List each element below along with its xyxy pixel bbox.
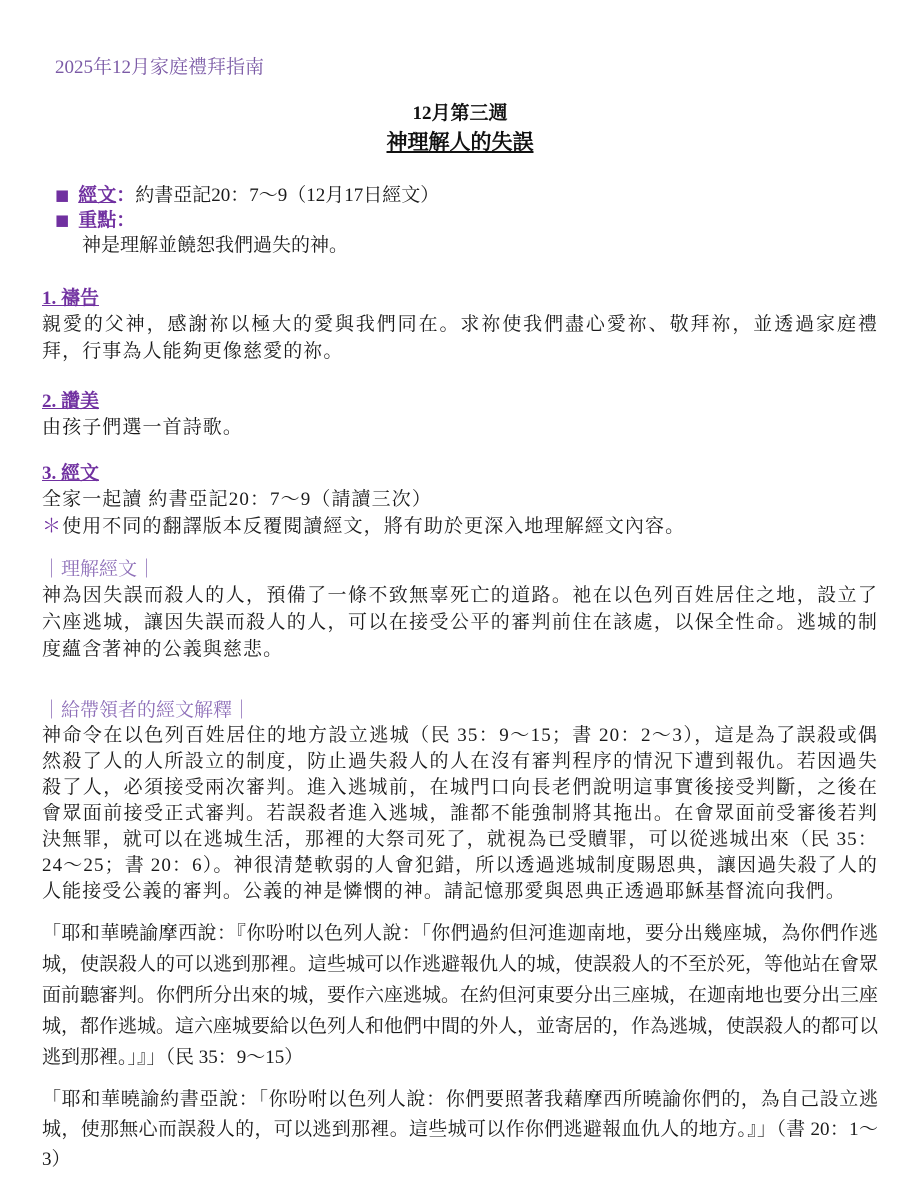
section-prayer: 1. 禱告 親愛的父神，感謝祢以極大的愛與我們同在。求祢使我們盡心愛祢、敬拜祢，…	[42, 287, 878, 365]
scripture-quote-numbers: 「耶和華曉諭摩西說：『你吩咐以色列人說：「你們過約但河進迦南地，要分出幾座城，為…	[42, 918, 878, 1073]
section-prayer-heading: 1. 禱告	[42, 287, 99, 311]
main-title: 神理解人的失誤	[387, 129, 534, 156]
section-reading-line2: ＊使用不同的翻譯版本反覆閱讀經文，將有助於更深入地理解經文內容。	[42, 513, 878, 540]
document-page: 2025年12月家庭禮拜指南 12月第三週 神理解人的失誤 ■經文：約書亞記20…	[0, 0, 920, 1201]
section-praise-heading: 2. 讚美	[42, 390, 99, 414]
section-understanding-body: 神為因失誤而殺人的人，預備了一條不致無辜死亡的道路。祂在以色列百姓居住之地，設立…	[42, 582, 878, 663]
section-prayer-body: 親愛的父神，感謝祢以極大的愛與我們同在。求祢使我們盡心愛祢、敬拜祢，並透過家庭禮…	[42, 311, 878, 365]
document-header-title: 2025年12月家庭禮拜指南	[55, 56, 878, 80]
point-line: ■重點：	[55, 208, 878, 233]
bullet-square-icon: ■	[55, 183, 69, 208]
section-leader-notes-body: 神命令在以色列百姓居住的地方設立逃城（民 35：9～15；書 20：2～3），這…	[42, 723, 878, 905]
week-title: 12月第三週	[42, 102, 878, 126]
section-praise-body: 由孩子們選一首詩歌。	[42, 414, 878, 441]
point-colon: ：	[116, 210, 135, 231]
section-reading-heading: 3. 經文	[42, 462, 99, 486]
scripture-quote-joshua: 「耶和華曉諭約書亞說：「你吩咐以色列人說：你們要照著我藉摩西所曉諭你們的，為自己…	[42, 1085, 878, 1175]
section-understanding-heading: ｜理解經文｜	[42, 558, 156, 582]
scripture-colon: ：	[116, 185, 135, 206]
scripture-line: ■經文：約書亞記20：7～9（12月17日經文）	[55, 183, 878, 208]
section-leader-notes-heading: ｜給帶領者的經文解釋｜	[42, 699, 251, 723]
bullet-square-icon: ■	[55, 208, 69, 233]
section-reading-note: 使用不同的翻譯版本反覆閱讀經文，將有助於更深入地理解經文內容。	[62, 516, 685, 537]
scripture-label: 經文	[78, 185, 116, 206]
section-reading: 3. 經文 全家一起讀 約書亞記20：7～9（請讀三次） ＊使用不同的翻譯版本反…	[42, 462, 878, 540]
point-label: 重點	[78, 210, 116, 231]
asterisk-icon: ＊	[42, 516, 62, 537]
section-reading-line1: 全家一起讀 約書亞記20：7～9（請讀三次）	[42, 486, 878, 513]
section-understanding: ｜理解經文｜ 神為因失誤而殺人的人，預備了一條不致無辜死亡的道路。祂在以色列百姓…	[42, 558, 878, 663]
point-value: 神是理解並饒恕我們過失的神。	[82, 233, 878, 258]
title-block: 12月第三週 神理解人的失誤	[42, 102, 878, 156]
section-praise: 2. 讚美 由孩子們選一首詩歌。	[42, 390, 878, 441]
scripture-value: 約書亞記20：7～9（12月17日經文）	[135, 185, 439, 206]
meta-bullet-list: ■經文：約書亞記20：7～9（12月17日經文） ■重點： 神是理解並饒恕我們過…	[55, 183, 878, 258]
section-leader-notes: ｜給帶領者的經文解釋｜ 神命令在以色列百姓居住的地方設立逃城（民 35：9～15…	[42, 699, 878, 905]
